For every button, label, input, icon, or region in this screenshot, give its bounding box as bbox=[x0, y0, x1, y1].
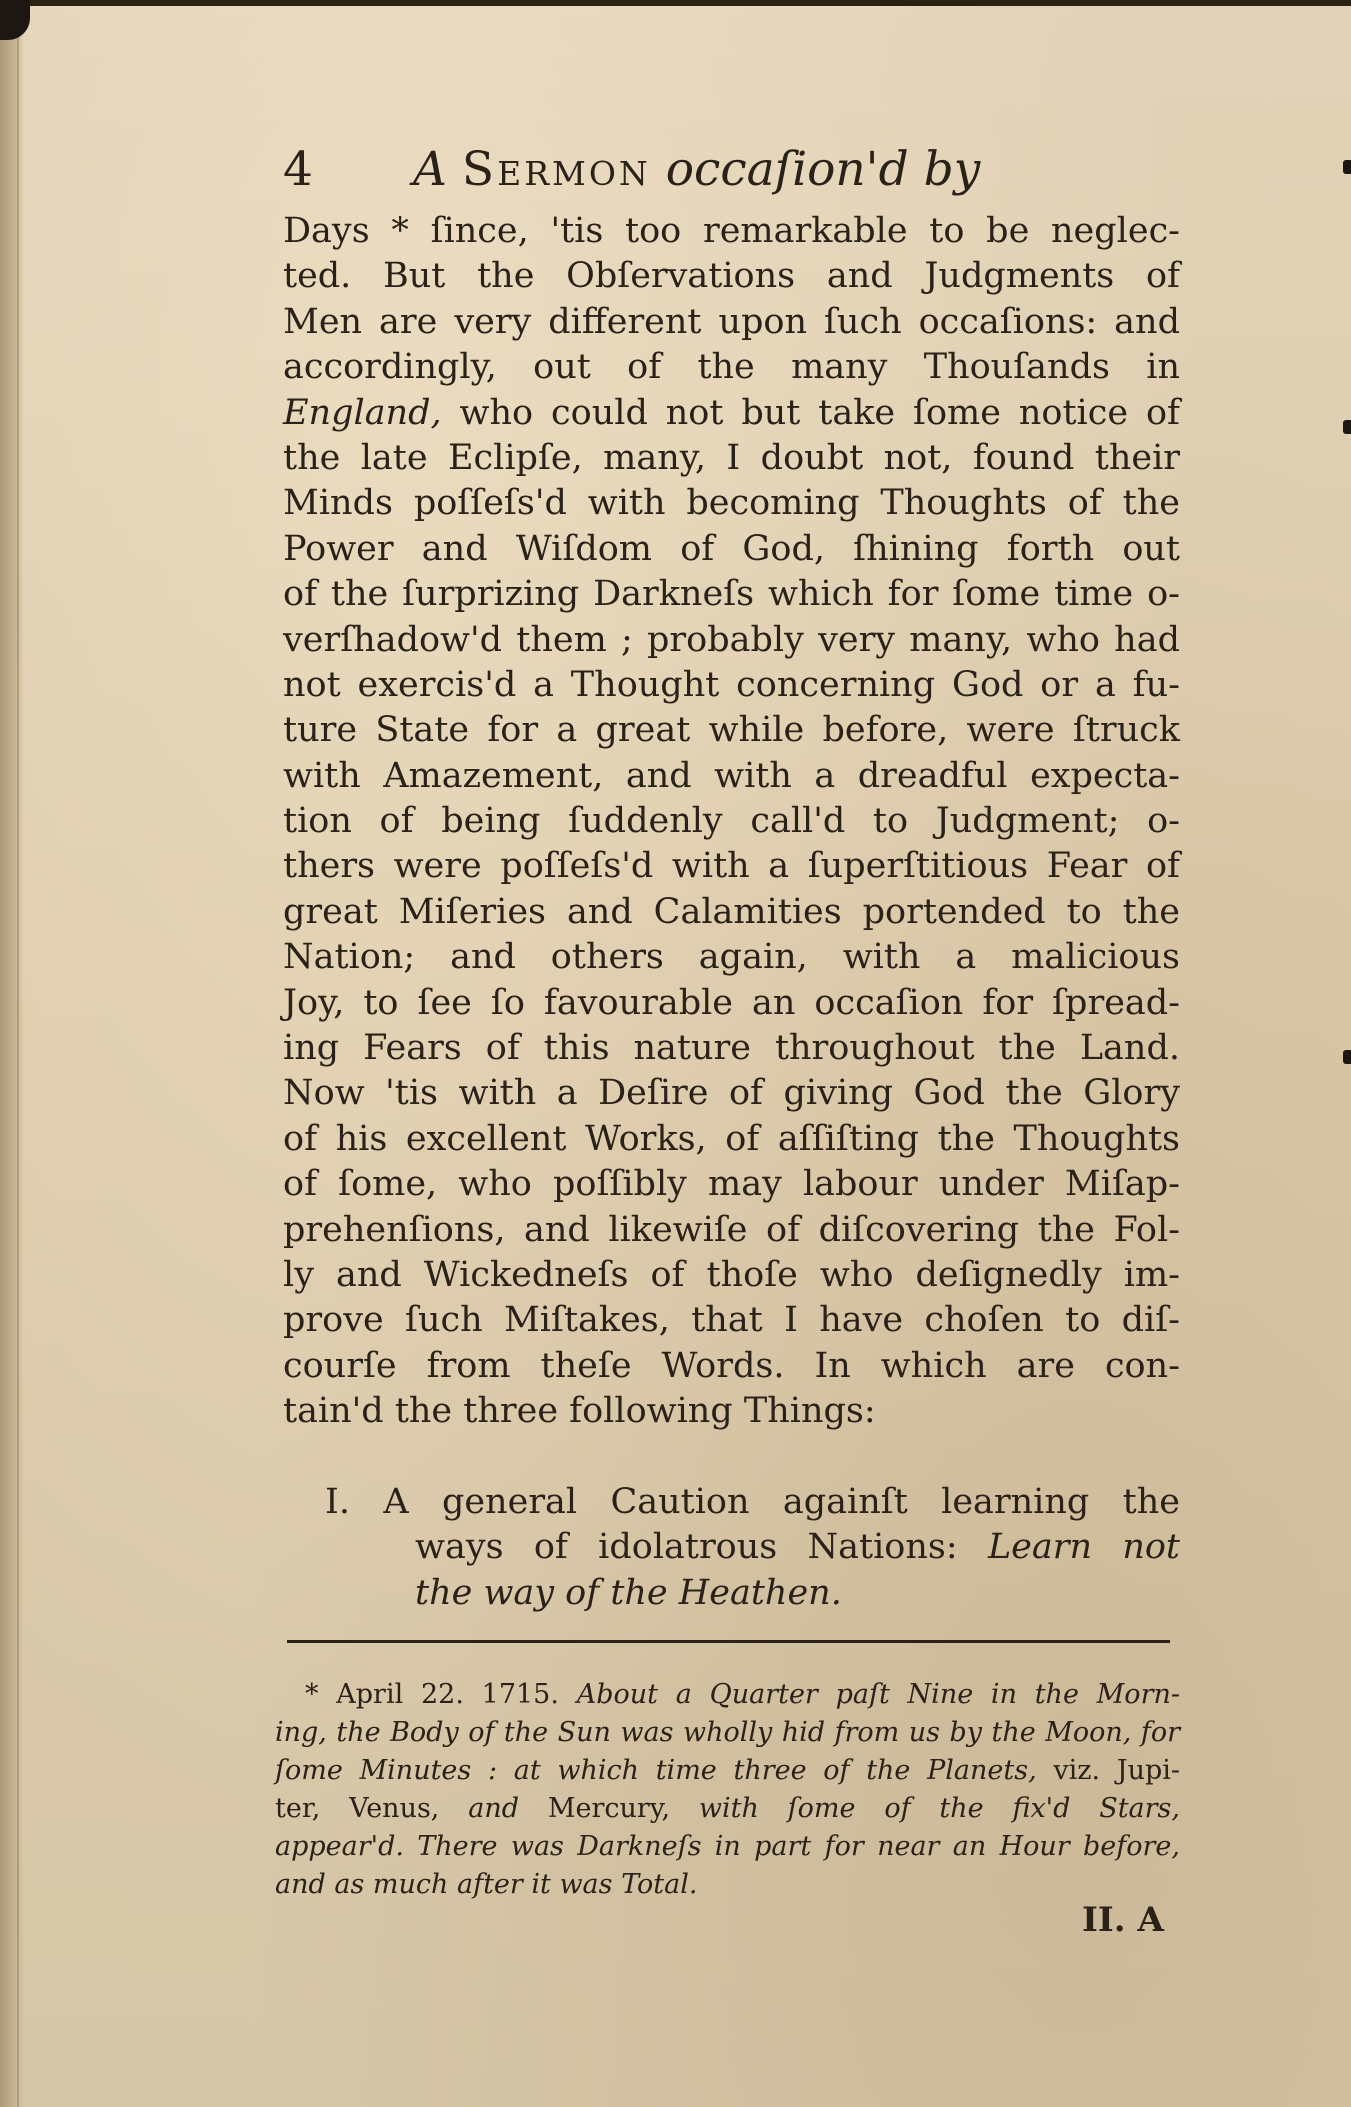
footnote-text: and bbox=[439, 1793, 547, 1824]
text-line: tion of being ſuddenly call'd to Judgmen… bbox=[283, 799, 1180, 844]
footnote-text: viz. Jupi- bbox=[1037, 1755, 1180, 1786]
footnote-line: ter, Venus, and Mercury, with ſome of th… bbox=[275, 1790, 1180, 1828]
binding-crease bbox=[17, 30, 19, 2107]
scanned-book-page: 4A Sermon occaſion'd by Days * ſince, 't… bbox=[0, 0, 1351, 2107]
text-line: of his excellent Works, of aſſiſting the… bbox=[283, 1117, 1180, 1162]
footnote-rule bbox=[287, 1640, 1170, 1643]
edge-mark bbox=[1343, 1050, 1351, 1064]
scripture-quote: Learn not bbox=[988, 1527, 1180, 1567]
footnote-line: ing, the Body of the Sun was wholly hid … bbox=[275, 1714, 1180, 1752]
scripture-quote: the way of the Heathen. bbox=[325, 1571, 1180, 1616]
text-line-rest: who could not but take ſome notice of bbox=[442, 393, 1180, 433]
section-line: ways of idolatrous Nations: Learn not bbox=[325, 1525, 1180, 1570]
text-line: accordingly, out of the many Thouſands i… bbox=[283, 345, 1180, 390]
running-head-prefix: A bbox=[413, 142, 447, 197]
text-line: the late Eclipſe, many, I doubt not, fou… bbox=[283, 436, 1180, 481]
section-one: I. A general Caution againſt learning th… bbox=[325, 1480, 1180, 1616]
page-top-edge bbox=[0, 0, 1351, 6]
section-line: I. A general Caution againſt learning th… bbox=[325, 1480, 1180, 1525]
text-line: ing Fears of this nature throughout the … bbox=[283, 1026, 1180, 1071]
catchword: II. A bbox=[1082, 1900, 1164, 1940]
section-text: A general Caution againſt learning the bbox=[383, 1482, 1180, 1522]
section-numeral: I. bbox=[325, 1482, 350, 1522]
text-line: of the ſurprizing Darkneſs which for ſom… bbox=[283, 572, 1180, 617]
corner-shadow bbox=[0, 0, 30, 40]
footnote-line: and as much after it was Total. bbox=[275, 1866, 1180, 1904]
running-head: 4A Sermon occaſion'd by bbox=[283, 140, 1183, 200]
text-line: Now 'tis with a Deſire of giving God the… bbox=[283, 1071, 1180, 1116]
footnote-text: About a Quarter paſt Nine in the Morn- bbox=[577, 1679, 1180, 1710]
text-line: ture State for a great while before, wer… bbox=[283, 708, 1180, 753]
text-line: Men are very different upon ſuch occaſio… bbox=[283, 300, 1180, 345]
footnote: * April 22. 1715. About a Quarter paſt N… bbox=[275, 1676, 1180, 1904]
page-binding-edge bbox=[0, 0, 24, 2107]
edge-mark bbox=[1343, 160, 1351, 174]
text-line: verſhadow'd them ; probably very many, w… bbox=[283, 618, 1180, 663]
text-line: ted. But the Obſervations and Judgments … bbox=[283, 254, 1180, 299]
footnote-line: ſome Minutes : at which time three of th… bbox=[275, 1752, 1180, 1790]
page-number: 4 bbox=[283, 140, 413, 200]
running-head-suffix: occaſion'd by bbox=[666, 142, 981, 197]
text-line: Joy, to ſee ſo favourable an occaſion fo… bbox=[283, 981, 1180, 1026]
text-line: ly and Wickedneſs of thoſe who deſignedl… bbox=[283, 1253, 1180, 1298]
body-paragraph: Days * ſince, 'tis too remarkable to be … bbox=[283, 209, 1180, 1435]
footnote-line: appear'd. There was Darkneſs in part for… bbox=[275, 1828, 1180, 1866]
footnote-text: ter, Venus, bbox=[275, 1793, 439, 1824]
footnote-text: ſome Minutes : at which time three of th… bbox=[275, 1755, 1037, 1786]
italic-place-name: England, bbox=[283, 393, 442, 433]
footnote-date: April 22. 1715. bbox=[336, 1679, 559, 1710]
text-line: tain'd the three following Things: bbox=[283, 1389, 1180, 1434]
section-text: ways of idolatrous Nations: bbox=[415, 1527, 988, 1567]
text-line: not exercis'd a Thought concerning God o… bbox=[283, 663, 1180, 708]
text-line: with Amazement, and with a dreadful expe… bbox=[283, 754, 1180, 799]
text-line: courſe from theſe Words. In which are co… bbox=[283, 1344, 1180, 1389]
text-line: of ſome, who poſſibly may labour under M… bbox=[283, 1162, 1180, 1207]
footnote-line: * April 22. 1715. About a Quarter paſt N… bbox=[275, 1676, 1180, 1714]
footnote-marker: * bbox=[305, 1679, 319, 1710]
text-line: prehenſions, and likewiſe of diſcovering… bbox=[283, 1208, 1180, 1253]
edge-mark bbox=[1343, 420, 1351, 434]
text-line: thers were poſſeſs'd with a ſuperſtitiou… bbox=[283, 844, 1180, 889]
running-head-title: Sermon bbox=[462, 142, 651, 197]
text-line: great Miſeries and Calamities portended … bbox=[283, 890, 1180, 935]
text-line: prove ſuch Miſtakes, that I have choſen … bbox=[283, 1298, 1180, 1343]
text-line: England, who could not but take ſome not… bbox=[283, 391, 1180, 436]
text-line: Power and Wiſdom of God, ſhining forth o… bbox=[283, 527, 1180, 572]
footnote-text: with ſome of the fix'd Stars, bbox=[670, 1793, 1180, 1824]
footnote-text: Mercury, bbox=[548, 1793, 670, 1824]
text-line: Minds poſſeſs'd with becoming Thoughts o… bbox=[283, 481, 1180, 526]
text-line: Days * ſince, 'tis too remarkable to be … bbox=[283, 209, 1180, 254]
text-line: Nation; and others again, with a malicio… bbox=[283, 935, 1180, 980]
